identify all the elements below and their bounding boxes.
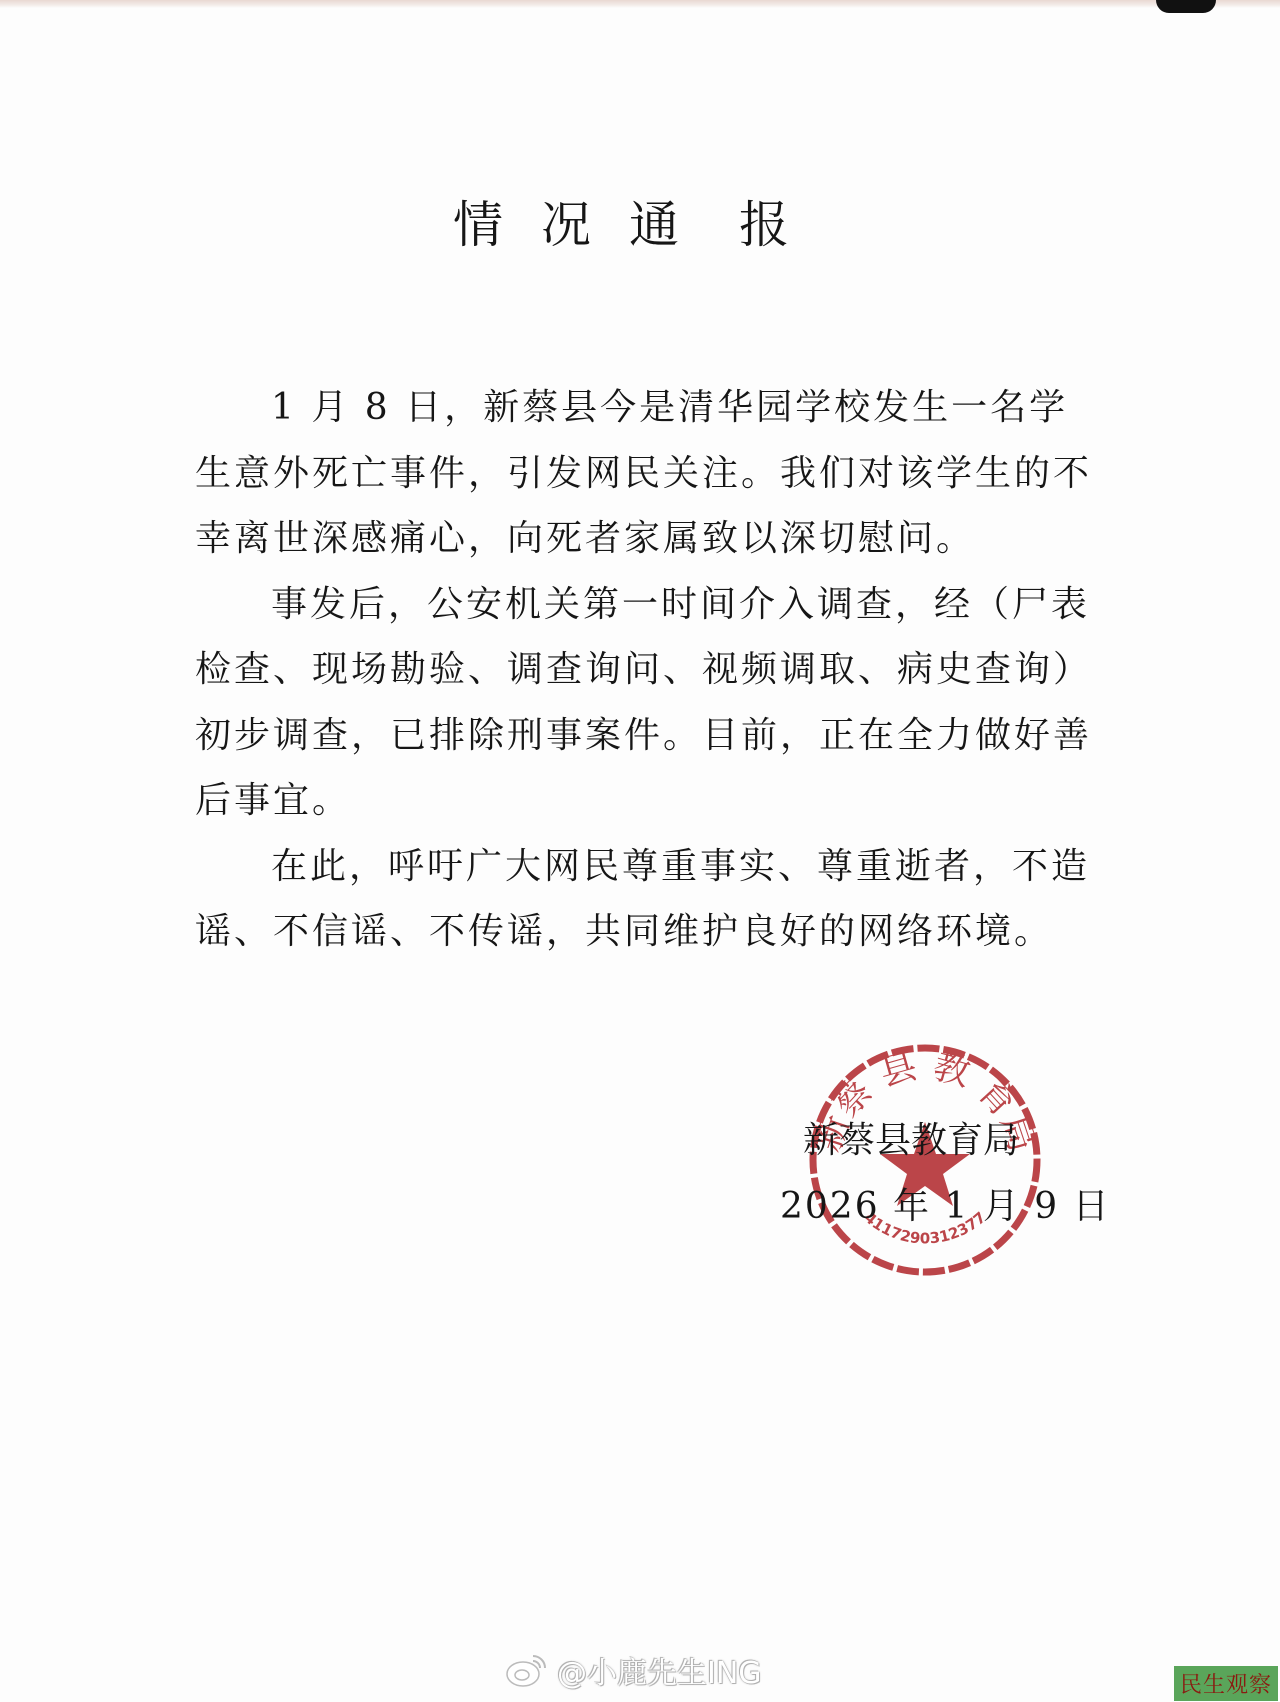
issuer-signature: 新蔡县教育局 bbox=[803, 1112, 1019, 1163]
watermark-text: @小鹿先生ING bbox=[557, 1648, 762, 1692]
document-title: 情况通报 bbox=[0, 185, 1280, 257]
paragraph-3: 在此，呼吁广大网民尊重事实、尊重逝者，不造谣、不信谣、不传谣，共同维护良好的网络… bbox=[195, 834, 1095, 965]
title-char: 通 bbox=[629, 196, 701, 254]
title-char: 况 bbox=[541, 196, 613, 254]
document-body: 1 月 8 日，新蔡县今是清华园学校发生一名学生意外死亡事件，引发网民关注。我们… bbox=[195, 375, 1095, 965]
title-char: 报 bbox=[739, 196, 811, 254]
weibo-watermark: @小鹿先生ING bbox=[505, 1648, 762, 1692]
paper-top-edge bbox=[0, 0, 1280, 8]
weibo-icon bbox=[505, 1650, 549, 1690]
paragraph-2: 事发后，公安机关第一时间介入调查，经（尸表检查、现场勘验、调查询问、视频调取、病… bbox=[195, 572, 1095, 834]
paragraph-1: 1 月 8 日，新蔡县今是清华园学校发生一名学生意外死亡事件，引发网民关注。我们… bbox=[195, 375, 1095, 572]
issue-date: 2026 年 1 月 9 日 bbox=[780, 1178, 1111, 1229]
title-char: 情 bbox=[453, 196, 525, 254]
source-badge: 民生观察 bbox=[1174, 1666, 1278, 1701]
binder-clip bbox=[1156, 0, 1216, 13]
